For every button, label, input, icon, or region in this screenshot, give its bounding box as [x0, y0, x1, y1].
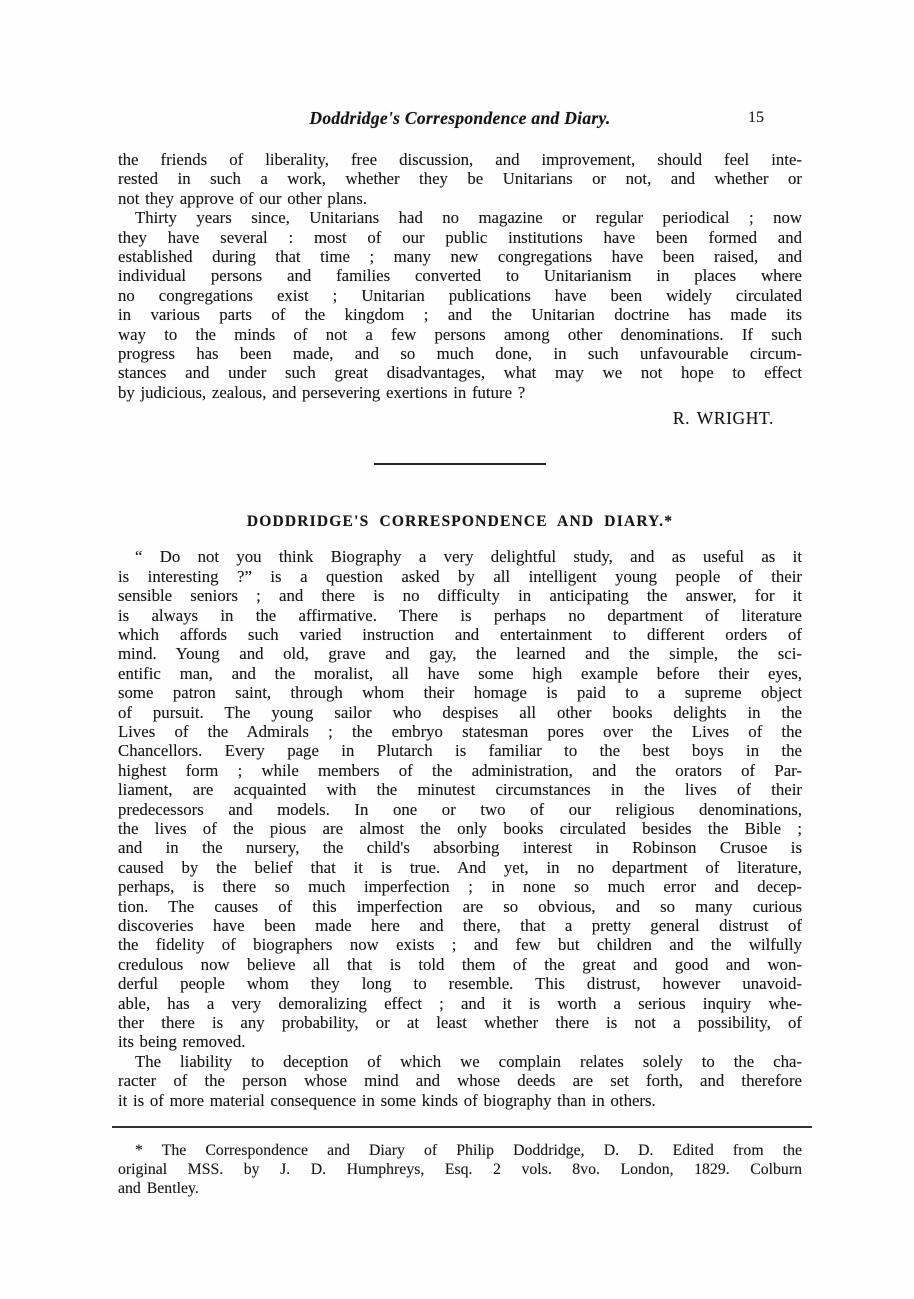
text-line: rested in such a work, whether they be U… — [118, 169, 802, 188]
text-line: which affords such varied instruction an… — [118, 625, 802, 644]
text-line: original MSS. by J. D. Humphreys, Esq. 2… — [118, 1160, 802, 1179]
text-line: not they approve of our other plans. — [118, 189, 802, 208]
text-line: highest form ; while members of the admi… — [118, 761, 802, 780]
text-column: the friends of liberality, free discussi… — [118, 150, 802, 1198]
text-line: some patron saint, through whom their ho… — [118, 683, 802, 702]
text-line: mind. Young and old, grave and gay, the … — [118, 644, 802, 663]
text-line: entific man, and the moralist, all have … — [118, 664, 802, 683]
text-line: the fidelity of biographers now exists ;… — [118, 935, 802, 954]
text-line: caused by the belief that it is true. An… — [118, 858, 802, 877]
text-line: The liability to deception of which we c… — [118, 1052, 802, 1071]
paragraph-prev-article-1: the friends of liberality, free discussi… — [118, 150, 802, 208]
text-line: it is of more material consequence in so… — [118, 1091, 802, 1110]
text-line: is always in the affirmative. There is p… — [118, 606, 802, 625]
paragraph-article-2: The liability to deception of which we c… — [118, 1052, 802, 1110]
text-line: in various parts of the kingdom ; and th… — [118, 305, 802, 324]
text-line: Lives of the Admirals ; the embryo state… — [118, 722, 802, 741]
text-line: liament, are acquainted with the minutes… — [118, 780, 802, 799]
text-line: stances and under such great disadvantag… — [118, 363, 802, 382]
text-line: the friends of liberality, free discussi… — [118, 150, 802, 169]
text-line: progress has been made, and so much done… — [118, 344, 802, 363]
text-line: Thirty years since, Unitarians had no ma… — [118, 208, 802, 227]
text-line: individual persons and families converte… — [118, 266, 802, 285]
author-signature: R. WRIGHT. — [118, 408, 802, 429]
text-line: * The Correspondence and Diary of Philip… — [118, 1141, 802, 1160]
text-line: ther there is any probability, or at lea… — [118, 1013, 802, 1032]
text-line: able, has a very demoralizing effect ; a… — [118, 994, 802, 1013]
text-line: its being removed. — [118, 1032, 802, 1051]
article-heading: DODDRIDGE'S CORRESPONDENCE AND DIARY.* — [118, 513, 802, 531]
paragraph-prev-article-2: Thirty years since, Unitarians had no ma… — [118, 208, 802, 402]
text-line: of pursuit. The young sailor who despise… — [118, 703, 802, 722]
text-line: and Bentley. — [118, 1179, 802, 1198]
page-number: 15 — [748, 109, 764, 127]
text-line: sensible seniors ; and there is no diffi… — [118, 586, 802, 605]
running-title: Doddridge's Correspondence and Diary. — [118, 108, 802, 129]
text-line: credulous now believe all that is told t… — [118, 955, 802, 974]
scanned-document-page: Doddridge's Correspondence and Diary. 15… — [0, 0, 914, 1299]
text-line: perhaps, is there so much imperfection ;… — [118, 877, 802, 896]
text-line: established during that time ; many new … — [118, 247, 802, 266]
footnote-rule — [112, 1126, 812, 1128]
text-line: “ Do not you think Biography a very deli… — [118, 547, 802, 566]
text-line: no congregations exist ; Unitarian publi… — [118, 286, 802, 305]
text-line: by judicious, zealous, and persevering e… — [118, 383, 802, 402]
text-line: tion. The causes of this imperfection ar… — [118, 897, 802, 916]
text-line: discoveries have been made here and ther… — [118, 916, 802, 935]
footnote-text: * The Correspondence and Diary of Philip… — [118, 1141, 802, 1198]
running-head: Doddridge's Correspondence and Diary. 15 — [118, 108, 802, 130]
text-line: the lives of the pious are almost the on… — [118, 819, 802, 838]
paragraph-article-1: “ Do not you think Biography a very deli… — [118, 547, 802, 1052]
text-line: they have several : most of our public i… — [118, 228, 802, 247]
text-line: Chancellors. Every page in Plutarch is f… — [118, 741, 802, 760]
section-divider-rule — [374, 463, 546, 465]
text-line: predecessors and models. In one or two o… — [118, 800, 802, 819]
text-line: derful people whom they long to resemble… — [118, 974, 802, 993]
text-line: is interesting ?” is a question asked by… — [118, 567, 802, 586]
text-line: and in the nursery, the child's absorbin… — [118, 838, 802, 857]
text-line: racter of the person whose mind and whos… — [118, 1071, 802, 1090]
text-line: way to the minds of not a few persons am… — [118, 325, 802, 344]
